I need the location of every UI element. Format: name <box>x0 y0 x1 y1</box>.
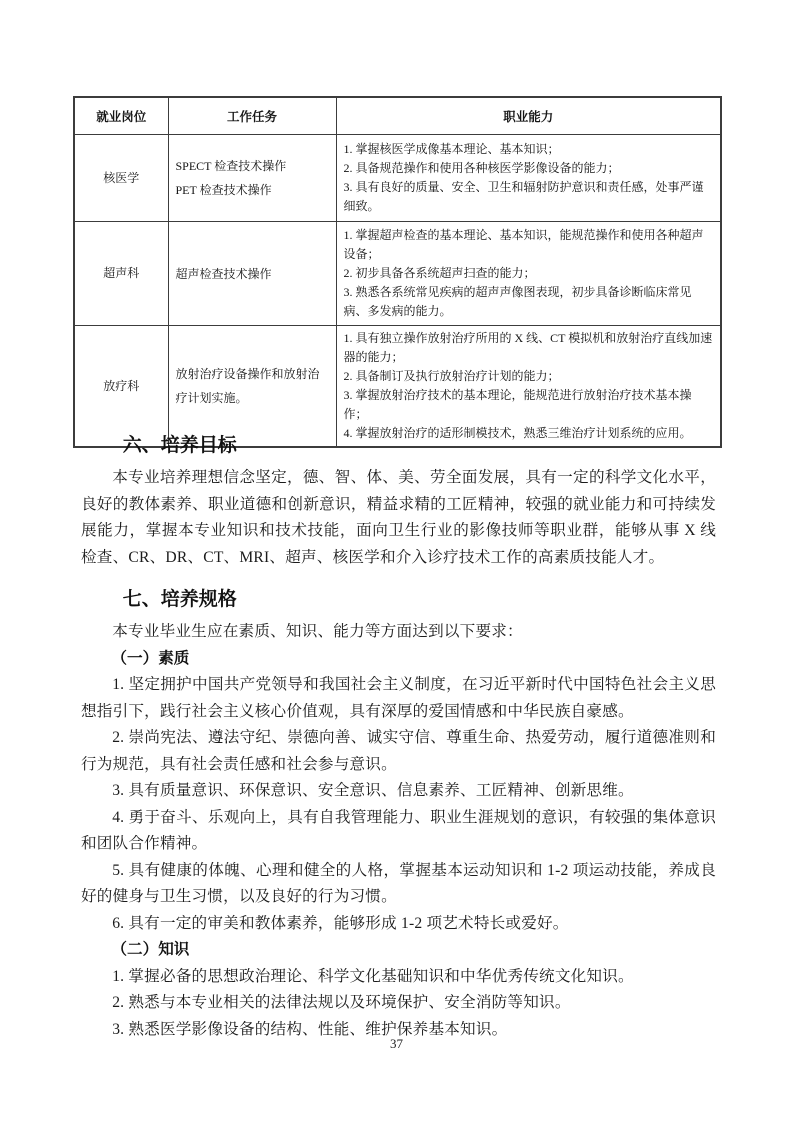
table-header-row: 就业岗位 工作任务 职业能力 <box>74 97 721 135</box>
header-tasks: 工作任务 <box>168 97 336 135</box>
abilities-cell: 1. 掌握超声检查的基本理论、基本知识，能规范操作和使用各种超声设备； 2. 初… <box>336 222 721 326</box>
ability-item: 2. 初步具备各系统超声扫查的能力； <box>344 264 714 283</box>
employment-posts-table: 就业岗位 工作任务 职业能力 核医学 SPECT 检查技术操作 PET 检查技术… <box>73 96 722 448</box>
knowledge-item: 2. 熟悉与本专业相关的法律法规以及环境保护、安全消防等知识。 <box>81 990 716 1017</box>
subsection-heading-knowledge: （二）知识 <box>81 937 716 964</box>
training-goal-paragraph: 本专业培养理想信念坚定，德、智、体、美、劳全面发展，具有一定的科学文化水平，良好… <box>81 465 716 571</box>
quality-item: 2. 崇尚宪法、遵法守纪、崇德向善、诚实守信、尊重生命、热爱劳动，履行道德准则和… <box>81 725 716 778</box>
post-name: 超声科 <box>74 222 168 326</box>
tasks-cell: 超声检查技术操作 <box>168 222 336 326</box>
quality-item: 3. 具有质量意识、环保意识、安全意识、信息素养、工匠精神、创新思维。 <box>81 778 716 805</box>
ability-item: 1. 掌握超声检查的基本理论、基本知识，能规范操作和使用各种超声设备； <box>344 226 714 264</box>
knowledge-item: 1. 掌握必备的思想政治理论、科学文化基础知识和中华优秀传统文化知识。 <box>81 964 716 991</box>
table-row-ultrasound: 超声科 超声检查技术操作 1. 掌握超声检查的基本理论、基本知识，能规范操作和使… <box>74 222 721 326</box>
header-post: 就业岗位 <box>74 97 168 135</box>
ability-item: 2. 具备制订及执行放射治疗计划的能力； <box>344 367 714 386</box>
training-spec-intro: 本专业毕业生应在素质、知识、能力等方面达到以下要求： <box>81 619 716 646</box>
ability-item: 2. 具备规范操作和使用各种核医学影像设备的能力； <box>344 159 714 178</box>
ability-item: 1. 掌握核医学成像基本理论、基本知识； <box>344 140 714 159</box>
ability-item: 3. 熟悉各系统常见疾病的超声声像图表现，初步具备诊断临床常见病、多发病的能力。 <box>344 283 714 321</box>
post-name: 核医学 <box>74 135 168 222</box>
page-number: 37 <box>0 1036 793 1052</box>
task-line: PET 检查技术操作 <box>176 178 329 202</box>
tasks-cell: SPECT 检查技术操作 PET 检查技术操作 <box>168 135 336 222</box>
ability-item: 3. 具有良好的质量、安全、卫生和辐射防护意识和责任感，处事严谨细致。 <box>344 178 714 216</box>
quality-item: 4. 勇于奋斗、乐观向上，具有自我管理能力、职业生涯规划的意识，有较强的集体意识… <box>81 805 716 858</box>
quality-item: 5. 具有健康的体魄、心理和健全的人格，掌握基本运动知识和 1-2 项运动技能，… <box>81 858 716 911</box>
table-row-nuclear-medicine: 核医学 SPECT 检查技术操作 PET 检查技术操作 1. 掌握核医学成像基本… <box>74 135 721 222</box>
document-page: 就业岗位 工作任务 职业能力 核医学 SPECT 检查技术操作 PET 检查技术… <box>0 0 793 1122</box>
quality-item: 1. 坚定拥护中国共产党领导和我国社会主义制度，在习近平新时代中国特色社会主义思… <box>81 672 716 725</box>
header-abilities: 职业能力 <box>336 97 721 135</box>
ability-item: 1. 具有独立操作放射治疗所用的 X 线、CT 模拟机和放射治疗直线加速器的能力… <box>344 329 714 367</box>
section-heading-training-goal: 六、培养目标 <box>81 431 716 461</box>
document-body: 六、培养目标 本专业培养理想信念坚定，德、智、体、美、劳全面发展，具有一定的科学… <box>81 417 716 1043</box>
task-line: SPECT 检查技术操作 <box>176 154 329 178</box>
subsection-heading-quality: （一）素质 <box>81 646 716 673</box>
section-heading-training-spec: 七、培养规格 <box>81 585 716 615</box>
abilities-cell: 1. 掌握核医学成像基本理论、基本知识； 2. 具备规范操作和使用各种核医学影像… <box>336 135 721 222</box>
task-line: 超声检查技术操作 <box>176 262 329 286</box>
task-line: 放射治疗设备操作和放射治疗计划实施。 <box>176 362 329 410</box>
quality-item: 6. 具有一定的审美和教体素养，能够形成 1-2 项艺术特长或爱好。 <box>81 911 716 938</box>
